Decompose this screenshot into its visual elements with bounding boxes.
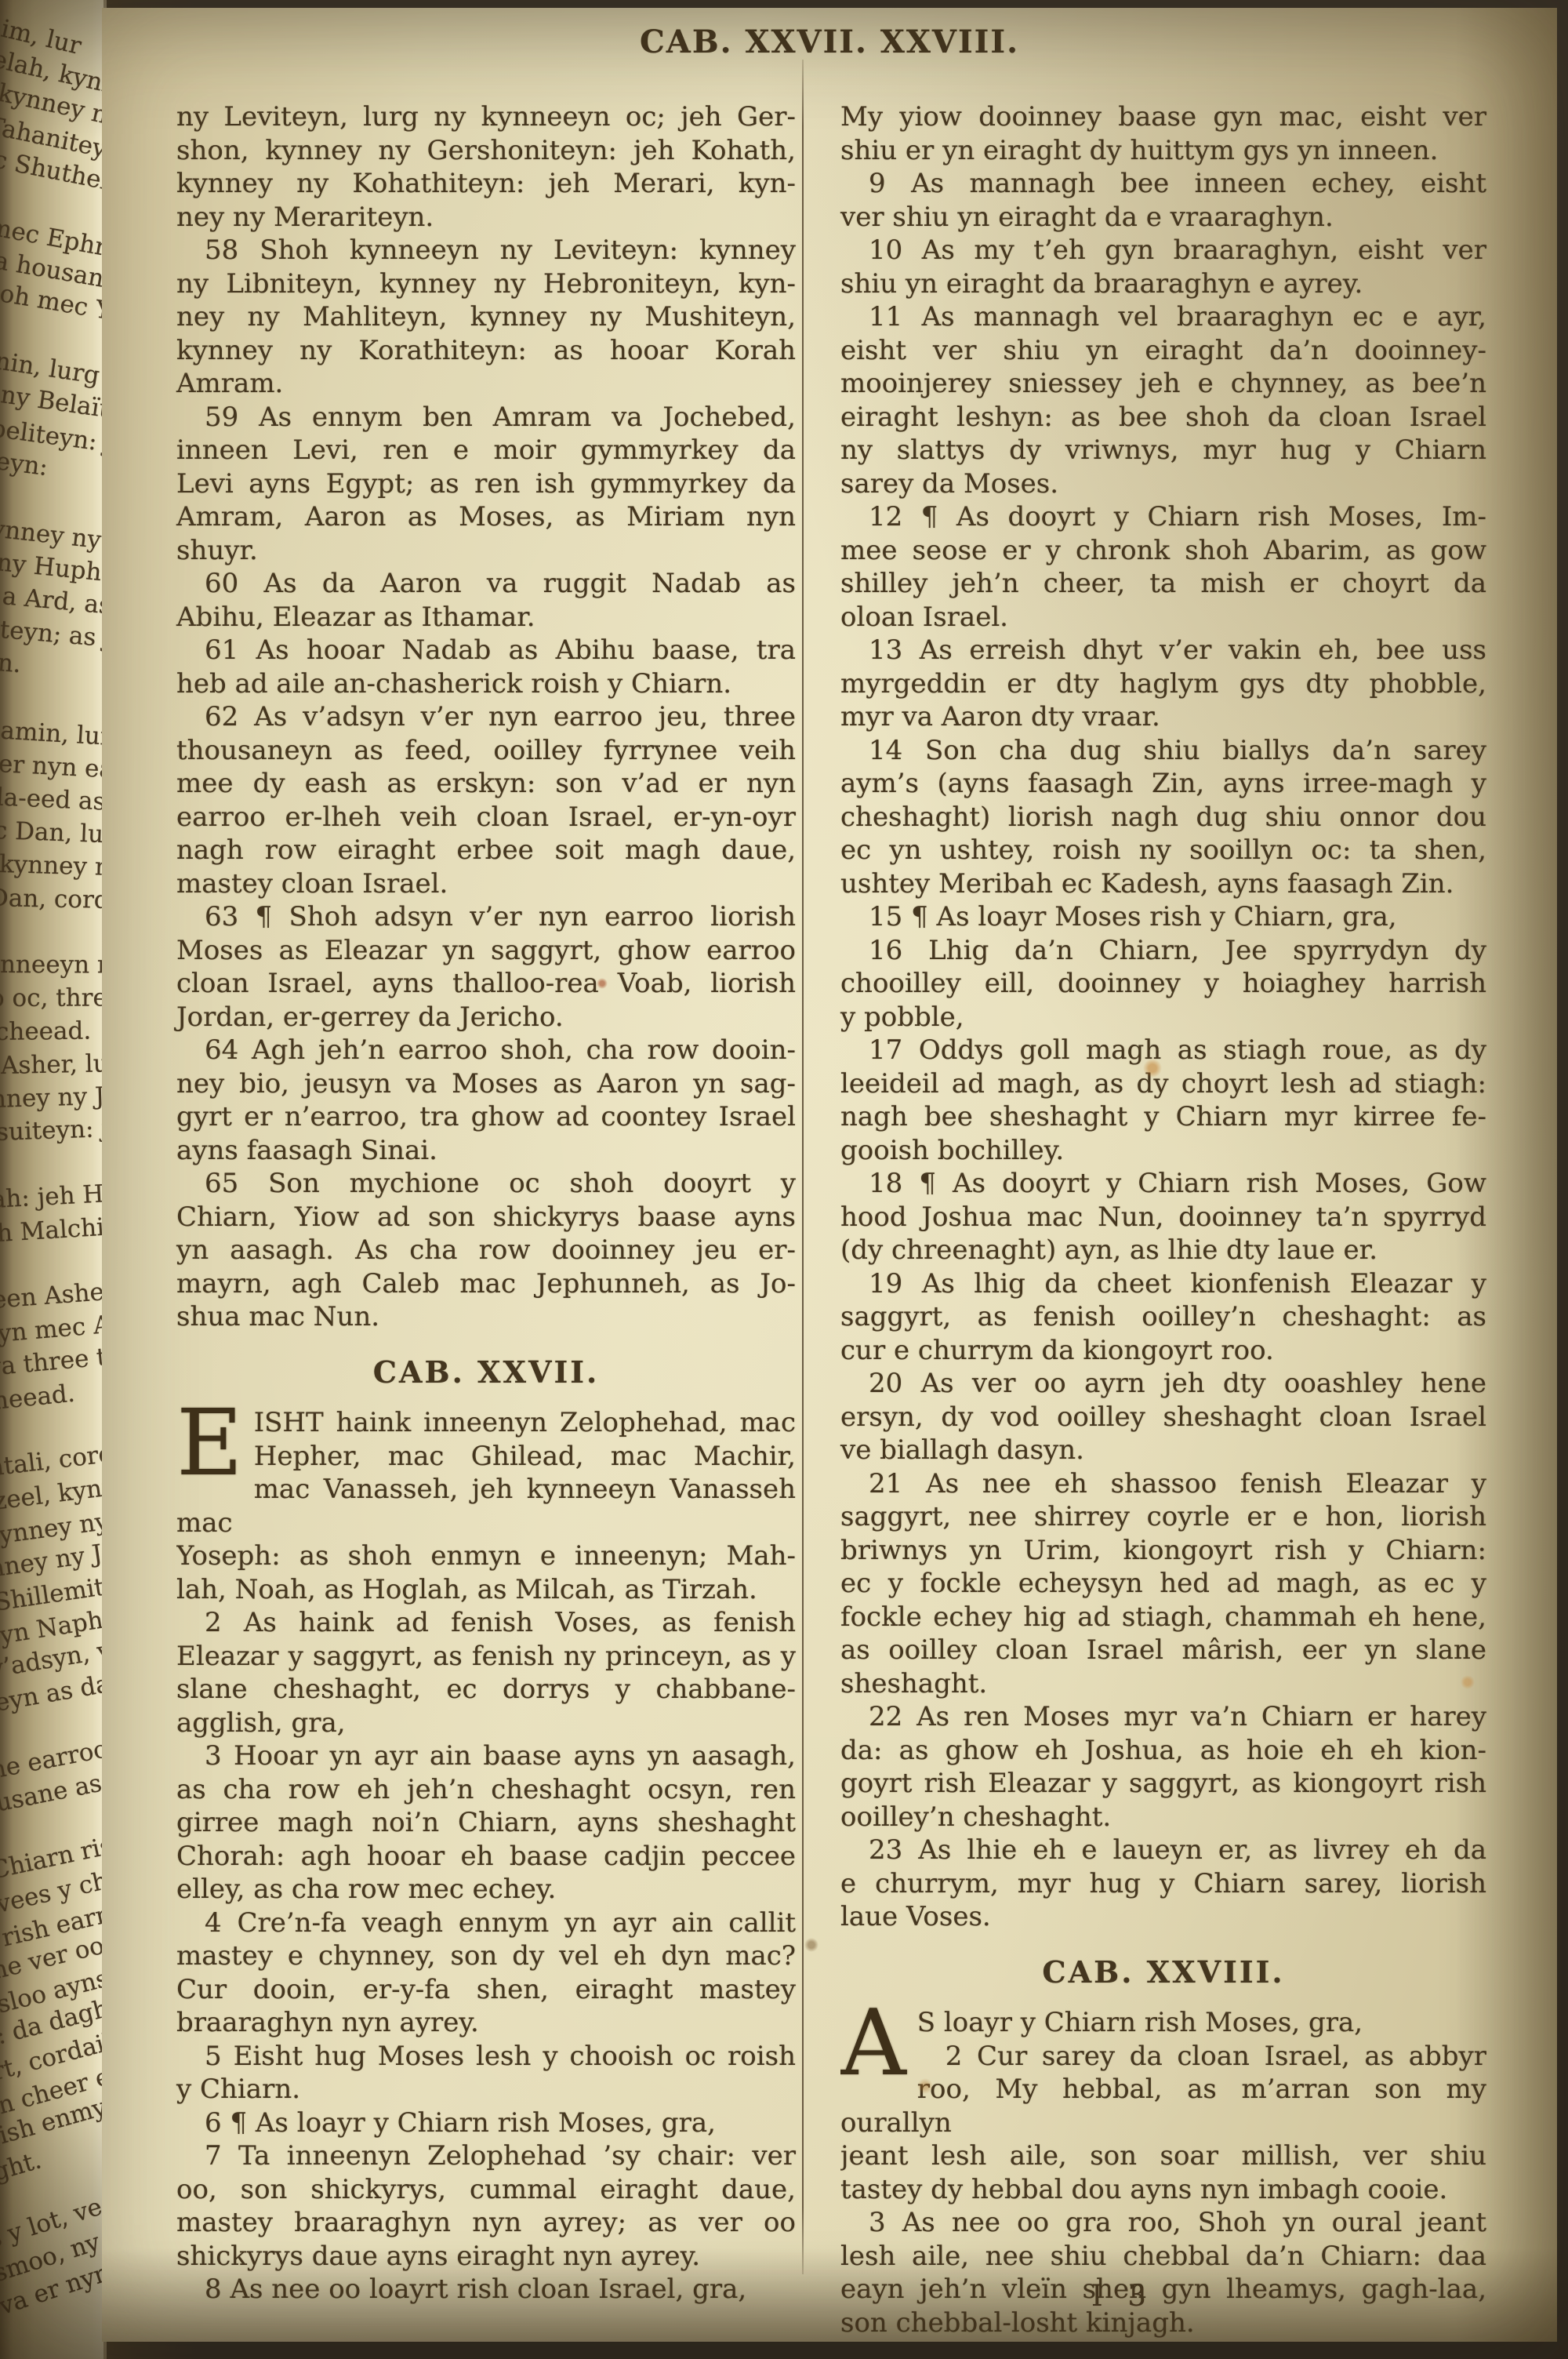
text-line: 60 As da Aaron va ruggit Nadab as xyxy=(176,567,796,601)
text-line: 4 Cre’n-fa veagh ennym yn ayr ain callit xyxy=(176,1906,796,1940)
previous-page-text-fragment: nneeyn ny Shuh xyxy=(0,951,107,980)
previous-page-text-fragment: a Ard, as Naa xyxy=(1,582,107,626)
text-line: roo, My hebbal, as m’arran son my ourall… xyxy=(840,2073,1486,2139)
text-line: Levi ayns Egypt; as ren ish gymmyrkey da xyxy=(176,467,796,501)
previous-page-text-fragment: Chiarn rish Mo xyxy=(0,1819,107,1885)
text-line: Eleazar y saggyrt, as fenish ny princeyn… xyxy=(176,1640,796,1674)
text-line: eiraght leshyn: as bee shoh da cloan Isr… xyxy=(840,401,1486,434)
text-line: Chiarn, Yiow ad son shickyrys baase ayns xyxy=(176,1201,796,1234)
text-line: y Chiarn. xyxy=(176,2073,796,2106)
text-line: sheshaght. xyxy=(840,1667,1486,1701)
text-line: leeideil ad magh, as dy choyrt lesh ad s… xyxy=(840,1067,1486,1101)
text-line: cur e churrym da kiongoyrt roo. xyxy=(840,1334,1486,1368)
text-line: 5 Eisht hug Moses lesh y chooish oc rois… xyxy=(176,2040,796,2074)
text-line: laue Voses. xyxy=(840,1900,1486,1934)
previous-page-text-fragment: t: da dagh tr xyxy=(0,1987,107,2053)
text-line: shickyrys daue ayns eiraght nyn ayrey. xyxy=(176,2240,796,2274)
previous-page-text-fragment: ah: jeh Heber, xyxy=(0,1176,107,1214)
text-line: shuyr. xyxy=(176,534,796,568)
previous-page-text-fragment: mec Ephrai xyxy=(0,213,107,266)
text-line: Amram. xyxy=(176,367,796,401)
text-line: elley, as cha row mec echey. xyxy=(176,1873,796,1906)
text-line: aym’s (ayns faasagh Zin, ayns irree-magh… xyxy=(840,767,1486,801)
text-line: sarey da Moses. xyxy=(840,467,1486,501)
text-line: 64 Agh jeh’n earroo shoh, cha row dooin- xyxy=(176,1034,796,1067)
text-line: thousaneyn as feed, ooilley fyrrynee vei… xyxy=(176,734,796,768)
previous-page-text-fragment: Asher, lurg ny xyxy=(1,1049,107,1080)
text-line: shon, kynney ny Gershoniteyn: jeh Kohath… xyxy=(176,134,796,168)
text-line: My yiow dooinney baase gyn mac, eisht ve… xyxy=(840,100,1486,134)
chapter-heading: CAB. XXVIII. xyxy=(840,1956,1486,1990)
previous-page-text-fragment: ny Huphami xyxy=(0,548,107,591)
book-photo: aim, lurelah, kynney nkynney ny BaTahani… xyxy=(0,0,1568,2359)
text-line: slane cheshaght, ec dorrys y chabbane- xyxy=(176,1673,796,1707)
text-line: mastey braaraghyn nyn ayrey; as ver oo xyxy=(176,2206,796,2240)
text-line: lah, Noah, as Hoglah, as Milcah, as Tirz… xyxy=(176,1573,796,1607)
previous-page-text-fragment: da-eed as sh xyxy=(0,783,107,817)
text-line: ny slattys dy vriwnys, myr hug y Chiarn xyxy=(840,434,1486,467)
text-line: ec y fockle echeysyn hed ad magh, as ec … xyxy=(840,1567,1486,1601)
text-line: 2 As haink ad fenish Voses, as fenish xyxy=(176,1606,796,1640)
previous-page-text-fragment: Tahaniteyn, xyxy=(0,112,107,169)
text-line: briwnys yn Urim, kiongoyrt rish y Chiarn… xyxy=(840,1534,1486,1568)
text-line: eisht ver shiu yn eiraght da’n dooinney- xyxy=(840,334,1486,368)
text-line: 58 Shoh kynneeyn ny Leviteyn: kynney xyxy=(176,234,796,267)
text-line: ver shiu yn eiraght da e vraaraghyn. xyxy=(840,201,1486,234)
text-line: as ooilley cloan Israel mârish, eer yn s… xyxy=(840,1634,1486,1667)
previous-page-text-fragment: zeel, kynney ny J xyxy=(0,1463,107,1516)
text-line: cloan Israel, ayns thalloo-rea Voab, lio… xyxy=(176,967,796,1001)
previous-page-text-fragment: jamin, lurg ny xyxy=(0,716,107,754)
signature-mark: I 3 xyxy=(1091,2279,1154,2313)
previous-page-text-fragment: yn Naphtali, cor xyxy=(0,1591,107,1650)
column-right: My yiow dooinney baase gyn mac, eisht ve… xyxy=(840,100,1486,2339)
chapter-block: AS loayr y Chiarn rish Moses, gra,2 Cur … xyxy=(840,2006,1486,2206)
text-line: ISHT haink inneenyn Zelophehad, mac xyxy=(176,1406,796,1440)
text-line: ney ny Mahliteyn, kynney ny Mushiteyn, xyxy=(176,300,796,334)
text-line: Abihu, Eleazar as Ithamar. xyxy=(176,601,796,634)
text-line: 18 ¶ As dooyrt y Chiarn rish Moses, Gow xyxy=(840,1167,1486,1201)
text-line: ney ny Merariteyn. xyxy=(176,201,796,234)
previous-page-text-fragment: rt, cordail rish xyxy=(0,2014,107,2087)
text-line: 3 As nee oo gra roo, Shoh yn oural jeant xyxy=(840,2206,1486,2240)
text-line: 9 As mannagh bee inneen echey, eisht xyxy=(840,167,1486,201)
text-line: ec yn ushtey, roish ny sooillyn oc: ta s… xyxy=(840,834,1486,867)
text-line: ve biallagh dasyn. xyxy=(840,1434,1486,1467)
text-line: yn aasagh. As cha row dooinney jeu er- xyxy=(176,1234,796,1267)
previous-page-text-fragment: ny Belaïtyn xyxy=(0,380,107,427)
previous-page-text-fragment: sloo ayns earr xyxy=(0,1950,107,2019)
text-line: as cha row eh jeh’n cheshaght ocsyn, ren xyxy=(176,1773,796,1807)
text-line: kynney ny Kohathiteyn: jeh Merari, kyn- xyxy=(176,167,796,201)
column-divider xyxy=(802,60,804,2274)
text-line: 63 ¶ Shoh adsyn v’er nyn earroo liorish xyxy=(176,900,796,934)
previous-page-text-fragment: rish enmyn xyxy=(0,2089,107,2154)
text-line: ushtey Meribah ec Kadesh, ayns faasagh Z… xyxy=(840,867,1486,901)
previous-page-text-fragment: oh mec Yose xyxy=(0,280,107,333)
text-line: goyrt rish Eleazar y saggyrt, as kiongoy… xyxy=(840,1767,1486,1801)
text-line: 10 As my t’eh gyn braaraghyn, eisht ver xyxy=(840,234,1486,267)
text-line: 14 Son cha dug shiu biallys da’n sarey xyxy=(840,734,1486,768)
text-line: kynney ny Korathiteyn: as hooar Korah xyxy=(176,334,796,368)
previous-page-text-fragment: vees y cheer er xyxy=(0,1850,107,1918)
text-line: girree magh noi’n Chiarn, ayns sheshaght xyxy=(176,1806,796,1840)
text-line: shiu er yn eiraght dy huittym gys yn inn… xyxy=(840,134,1486,168)
text-line: 19 As lhig da cheet kionfenish Eleazar y xyxy=(840,1267,1486,1301)
text-line: braaraghyn nyn ayrey. xyxy=(176,2006,796,2040)
text-line: 17 Oddys goll magh as stiagh roue, as dy xyxy=(840,1034,1486,1067)
text-line: Cur dooin, er-y-fa shen, eiraght mastey xyxy=(176,1973,796,2007)
text-line: heb ad aile an-chasherick roish y Chiarn… xyxy=(176,667,796,701)
previous-page-text-fragment: aim, lur xyxy=(0,11,84,60)
text-line: 6 ¶ As loayr y Chiarn rish Moses, gra, xyxy=(176,2106,796,2140)
text-line: fockle echey hig ad stiagh, chammah eh h… xyxy=(840,1601,1486,1634)
text-line: Jordan, er-gerrey da Jericho. xyxy=(176,1001,796,1034)
text-line: ayns faasagh Sinai. xyxy=(176,1134,796,1168)
text-line: saggyrt, nee shirrey coyrle er e hon, li… xyxy=(840,1500,1486,1534)
drop-cap: E xyxy=(176,1406,254,1477)
previous-page-text-fragment: c Dan, lurg ny xyxy=(0,816,107,851)
previous-page-text-fragment: yn mec Asher, xyxy=(0,1306,107,1348)
text-line: agglish, gra, xyxy=(176,1707,796,1740)
text-line: Chorah: agh hooar eh baase cadjin peccee xyxy=(176,1840,796,1874)
drop-cap: A xyxy=(840,2006,917,2077)
previous-page-text-fragment: suiteyn: jeh Beri xyxy=(0,1111,107,1147)
text-line: eayn jeh’n vleïn shen gyn lheamys, gagh-… xyxy=(840,2273,1486,2306)
previous-page-text-fragment: er nyn earro xyxy=(0,750,107,786)
text-line: e churrym, myr hug y Chiarn sarey, liori… xyxy=(840,1867,1486,1901)
text-line: 20 As ver oo ayrn jeh dty ooashley hene xyxy=(840,1367,1486,1401)
text-line: 61 As hooar Nadab as Abihu baase, tra xyxy=(176,634,796,667)
previous-page-text-fragment: ynney ny Su xyxy=(0,514,107,558)
text-line: saggyrt, as fenish ooilley’n cheshaght: … xyxy=(840,1300,1486,1334)
previous-page-text-fragment: kynney ny Sh xyxy=(0,850,107,883)
previous-page-text-fragment: htali, cordail ris xyxy=(0,1432,107,1482)
text-line: mooinjerey sniessey jeh e chynney, as be… xyxy=(840,367,1486,401)
text-line: 22 As ren Moses myr va’n Chiarn er harey xyxy=(840,1700,1486,1734)
text-line: 8 As nee oo loayrt rish cloan Israel, gr… xyxy=(176,2273,796,2306)
text-line: ooilley’n cheshaght. xyxy=(840,1801,1486,1834)
text-line: jeant lesh aile, son soar millish, ver s… xyxy=(840,2139,1486,2173)
previous-page-text-fragment: n. xyxy=(0,649,22,678)
text-line: 2 Cur sarey da cloan Israel, as abbyr xyxy=(840,2040,1486,2074)
text-line: 12 ¶ As dooyrt y Chiarn rish Moses, Im- xyxy=(840,500,1486,534)
previous-page-text-fragment: eyn: xyxy=(0,448,49,482)
text-line: gooish bochilley. xyxy=(840,1134,1486,1168)
previous-page-text-fragment: smoo, ny ny s xyxy=(0,2210,107,2287)
previous-page-text-fragment: ne ver oo ny xyxy=(0,1923,107,1986)
previous-page-text-fragment: n cheer er xyxy=(0,2059,107,2120)
previous-page-text-fragment: a housane je xyxy=(0,246,107,300)
text-line: da: as ghow eh Joshua, as hoie eh eh kio… xyxy=(840,1734,1486,1768)
previous-page-text-fragment: elah, kynney n xyxy=(0,45,107,111)
previous-page-text-fragment: kynney ny Ba xyxy=(0,78,107,140)
text-line: chooilley eill, dooinney y hoiaghey harr… xyxy=(840,967,1486,1001)
curled-page-edge: aim, lurelah, kynney nkynney ny BaTahani… xyxy=(0,0,107,2359)
previous-page-text-fragment: nney ny Jimnite xyxy=(0,1080,107,1114)
previous-page-text-fragment: iteyn; as jeh xyxy=(0,615,107,656)
previous-page-text-fragment: s y lot, vees y xyxy=(0,2178,107,2254)
text-line: shiu yn eiraght da braaraghyn e ayrey. xyxy=(840,267,1486,301)
text-line: (dy chreenaght) ayn, as lhie dty laue er… xyxy=(840,1234,1486,1267)
text-line: earroo er-lheh veih cloan Israel, er-yn-… xyxy=(176,801,796,834)
previous-page-text-fragment: v’adsyn, v’er ny xyxy=(0,1625,107,1684)
text-line: oo, son shickyrys, cummal eiraght daue, xyxy=(176,2173,796,2207)
previous-page-text-fragment: een Asher va Sa xyxy=(0,1271,107,1314)
text-line: mastey cloan Israel. xyxy=(176,867,796,901)
previous-page-text-fragment: nney ny Jezeritey xyxy=(0,1525,107,1583)
text-line: nagh row eiraght erbee soit magh daue, xyxy=(176,834,796,867)
previous-page-text-fragment: va three thousa xyxy=(0,1336,107,1382)
text-line: mee seose er y chronk shoh Abarim, as go… xyxy=(840,534,1486,568)
text-line: mee dy eash as erskyn: son v’ad er nyn xyxy=(176,767,796,801)
text-line: 11 As mannagh vel braaraghyn ec e ayr, xyxy=(840,300,1486,334)
text-line: myrgeddin er dty haglym gys dty phobble, xyxy=(840,667,1486,701)
text-line: 15 ¶ As loayr Moses rish y Chiarn, gra, xyxy=(840,900,1486,934)
text-line: myr va Aaron dty vraar. xyxy=(840,700,1486,734)
text-line: 62 As v’adsyn v’er nyn earroo jeu, three xyxy=(176,700,796,734)
previous-page-text-fragment: usane as shiagh xyxy=(0,1752,107,1818)
chapter-block: EISHT haink inneenyn Zelophehad, macHeph… xyxy=(176,1406,796,1606)
previous-page-text-fragment: ne earroo cloan xyxy=(0,1721,107,1784)
text-line: lesh aile, nee shiu chebbal da’n Chiarn:… xyxy=(840,2240,1486,2274)
text-line: Moses as Eleazar yn saggyrt, ghow earroo xyxy=(176,934,796,968)
text-line: mayrn, agh Caleb mac Jephunneh, as Jo- xyxy=(176,1267,796,1301)
text-line: ny Libniteyn, kynney ny Hebroniteyn, kyn… xyxy=(176,267,796,301)
text-line: 3 Hooar yn ayr ain baase ayns yn aasagh, xyxy=(176,1739,796,1773)
text-line: 16 Lhig da’n Chiarn, Jee spyrrydyn dy xyxy=(840,934,1486,968)
previous-page-text-fragment: eyn as da-eed a xyxy=(0,1657,107,1717)
text-line: gyrt er n’earroo, tra ghow ad coontey Is… xyxy=(176,1100,796,1134)
text-line: mastey e chynney, son dy vel eh dyn mac? xyxy=(176,1939,796,1973)
previous-page-text-fragment: cheead. xyxy=(0,1017,91,1046)
text-line: inneen Levi, ren e moir gymmyrkey da xyxy=(176,434,796,467)
text-line: y pobble, xyxy=(840,1001,1486,1034)
text-line: 13 As erreish dhyt v’er vakin eh, bee us… xyxy=(840,634,1486,667)
previous-page-text-fragment: c Shuthelah: xyxy=(0,146,107,204)
text-line: cheshaght) liorish nagh dug shiu onnor d… xyxy=(840,801,1486,834)
previous-page-text-fragment: Shillemiteyn. xyxy=(0,1565,107,1617)
text-line: Amram, Aaron as Moses, as Miriam nyn xyxy=(176,500,796,534)
previous-page-text-fragment: o oc, three-feed xyxy=(0,983,107,1012)
text-line: nagh bee sheshaght y Chiarn myr kirree f… xyxy=(840,1100,1486,1134)
previous-page-text-fragment: heead. xyxy=(0,1379,76,1415)
text-line: 21 As nee eh shassoo fenish Eleazar y xyxy=(840,1467,1486,1501)
text-line: 23 As lhie eh e laueyn er, as livrey eh … xyxy=(840,1834,1486,1867)
chapter-heading: CAB. XXVII. xyxy=(176,1356,796,1390)
text-line: tastey dy hebbal dou ayns nyn imbagh coo… xyxy=(840,2173,1486,2207)
text-line: hood Joshua mac Nun, dooinney ta’n spyrr… xyxy=(840,1201,1486,1234)
text-line: 65 Son mychione oc shoh dooyrt y xyxy=(176,1167,796,1201)
previous-page-text-fragment: rish earroo ny xyxy=(0,1885,107,1952)
text-line: shua mac Nun. xyxy=(176,1300,796,1334)
text-line: mac Vanasseh, jeh kynneeyn Vanasseh mac xyxy=(176,1473,796,1539)
text-line: 7 Ta inneenyn Zelophehad ’sy chair: ver xyxy=(176,2139,796,2173)
page-header: CAB. XXVII. XXVIII. xyxy=(102,24,1557,60)
text-line: Yoseph: as shoh enmyn e inneenyn; Mah- xyxy=(176,1539,796,1573)
text-line: ny Leviteyn, lurg ny kynneeyn oc; jeh Ge… xyxy=(176,100,796,134)
previous-page-text-fragment: ynney ny Gunitey xyxy=(0,1493,107,1549)
text-line: S loayr y Chiarn rish Moses, gra, xyxy=(840,2006,1486,2040)
text-line: son chebbal-losht kinjagh. xyxy=(840,2306,1486,2340)
previous-page-text-fragment: beliteyn: jeh xyxy=(0,414,107,462)
text-line: 59 As ennym ben Amram va Jochebed, xyxy=(176,401,796,434)
text-line: shilley jeh’n cheer, ta mish er choyrt d… xyxy=(840,567,1486,601)
text-line: ersyn, dy vod ooilley sheshaght cloan Is… xyxy=(840,1401,1486,1434)
column-left: ny Leviteyn, lurg ny kynneeyn oc; jeh Ge… xyxy=(176,100,796,2306)
previous-page-text-fragment: h Malchiel, kyn xyxy=(0,1209,107,1248)
previous-page-text-fragment: nin, lurg ny xyxy=(0,347,107,395)
text-line: Hepher, mac Ghilead, mac Machir, xyxy=(176,1440,796,1474)
previous-page-text-fragment: Dan, cordail r xyxy=(0,884,107,915)
previous-page-text-fragment: ght. xyxy=(0,2146,45,2187)
text-line: ney bio, jeusyn va Moses as Aaron yn sag… xyxy=(176,1067,796,1101)
book-page: CAB. XXVII. XXVIII. ny Leviteyn, lurg ny… xyxy=(102,8,1557,2342)
previous-page-text-fragment: va er nyn xyxy=(0,2259,107,2321)
text-line: oloan Israel. xyxy=(840,601,1486,634)
